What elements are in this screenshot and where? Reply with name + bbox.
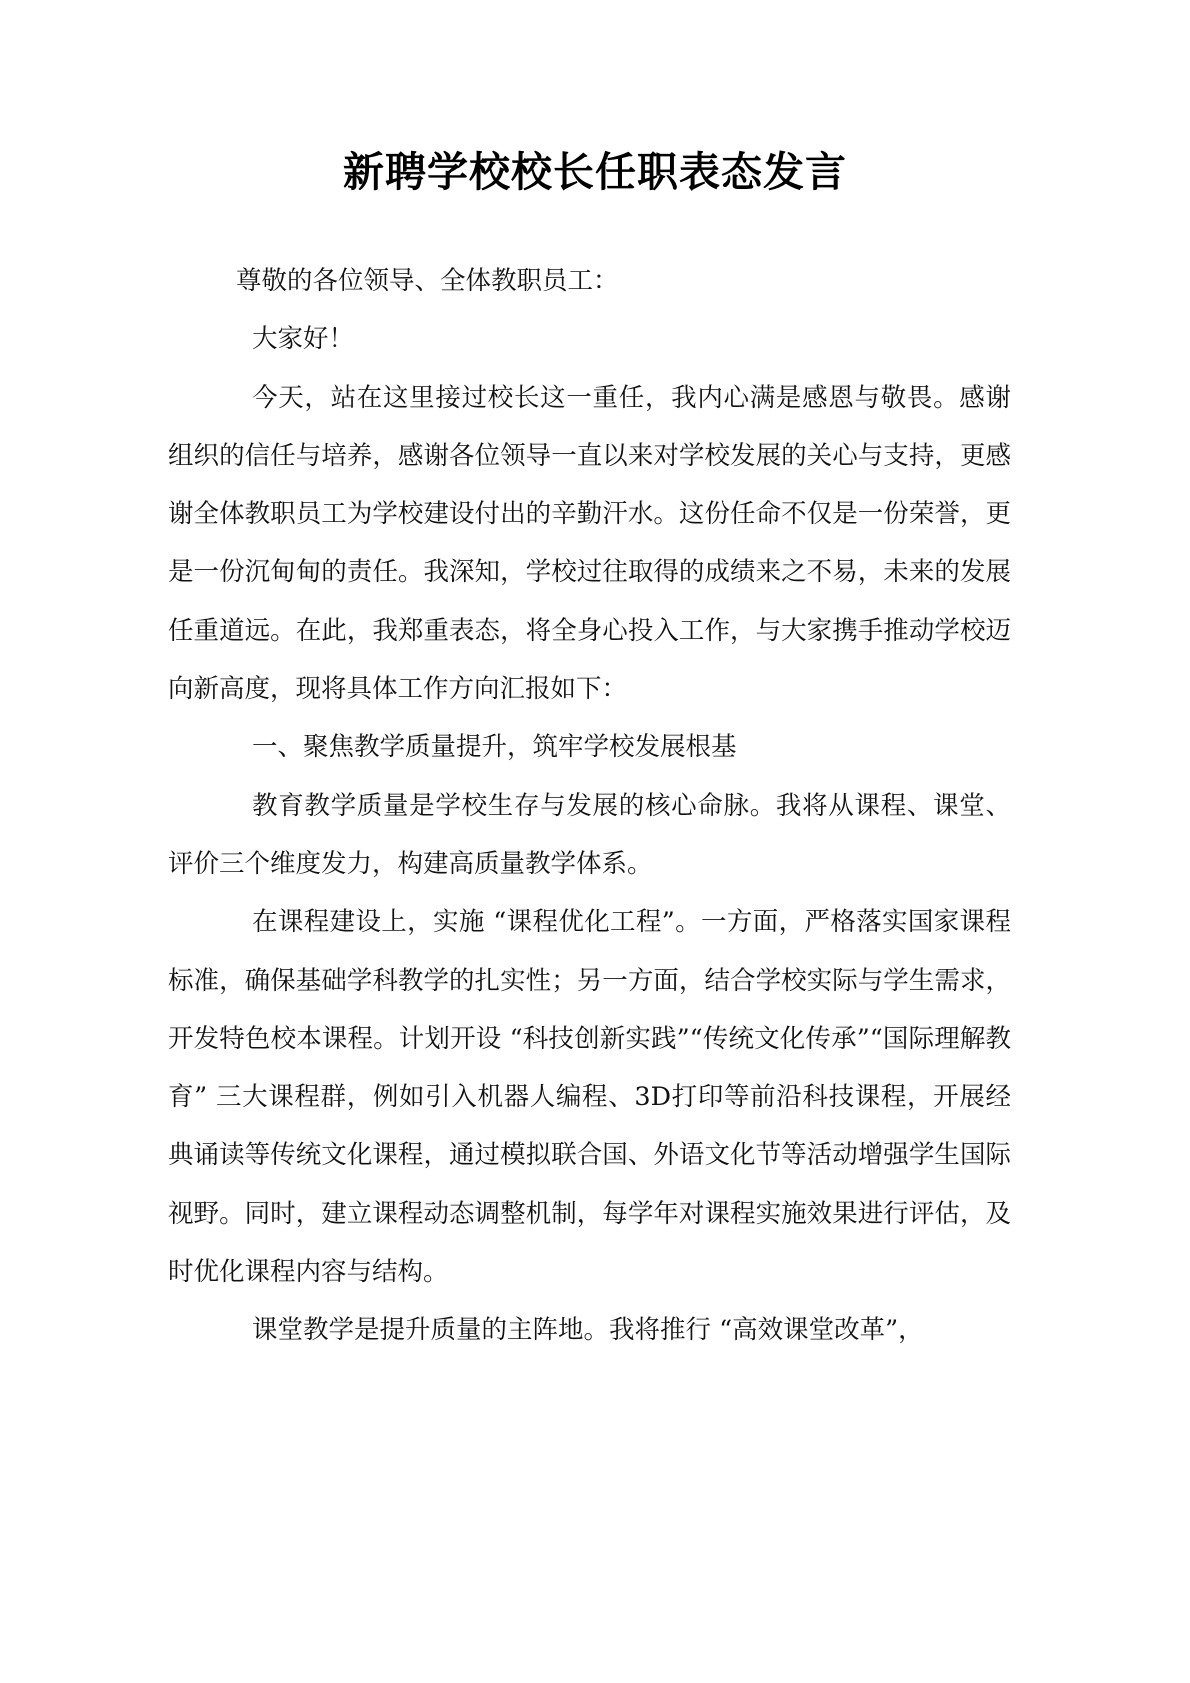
paragraph-curriculum: 在课程建设上，实施 “课程优化工程”。一方面，严格落实国家课程标准，确保基础学科…	[168, 893, 1011, 1301]
paragraph-classroom: 课堂教学是提升质量的主阵地。我将推行 “高效课堂改革”，	[168, 1301, 1011, 1359]
paragraph-quality: 教育教学质量是学校生存与发展的核心命脉。我将从课程、课堂、评价三个维度发力，构建…	[168, 777, 1011, 894]
salutation: 尊敬的各位领导、全体教职员工：	[168, 252, 1011, 310]
paragraph-intro: 今天，站在这里接过校长这一重任，我内心满是感恩与敬畏。感谢组织的信任与培养，感谢…	[168, 369, 1011, 719]
document-title: 新聘学校校长任职表态发言	[0, 142, 1190, 202]
document-page: 新聘学校校长任职表态发言 尊敬的各位领导、全体教职员工： 大家好！ 今天，站在这…	[0, 0, 1190, 1683]
greeting: 大家好！	[168, 310, 1011, 368]
section-heading-1: 一、聚焦教学质量提升，筑牢学校发展根基	[168, 718, 1011, 776]
document-body: 尊敬的各位领导、全体教职员工： 大家好！ 今天，站在这里接过校长这一重任，我内心…	[168, 252, 1011, 1360]
